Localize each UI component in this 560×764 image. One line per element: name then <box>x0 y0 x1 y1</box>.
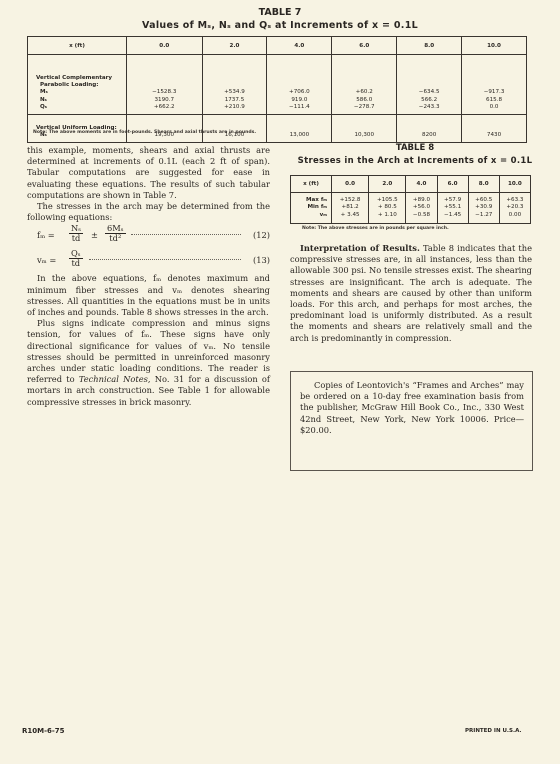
table8-cell: +60.5+30.9−1.27 <box>468 193 499 224</box>
row-label: Qₛ <box>36 104 126 111</box>
table7-header-row: x (ft) 0.0 2.0 4.0 6.0 8.0 10.0 <box>28 37 527 55</box>
table8-row-labels: Max fₘMin fₘvₘ <box>291 193 332 224</box>
table8-cell: +89.0+56.0−0.58 <box>406 193 437 224</box>
fraction: Qₛtd <box>69 249 83 268</box>
table8-header-cell: 2.0 <box>369 176 406 193</box>
table7-group-label: Vertical Uniform Loading: Nₛ <box>28 115 127 143</box>
table7-group-label: Vertical Complementary Parabolic Loading… <box>28 55 127 115</box>
paragraph: this example, moments, shears and axial … <box>27 145 270 201</box>
table8-header-cell: 10.0 <box>499 176 530 193</box>
table8-header-cell: x (ft) <box>291 176 332 193</box>
table8-cell: +57.9+55.1−1.45 <box>437 193 468 224</box>
table7-cell: 8200 <box>397 115 462 143</box>
group-label-line2: Parabolic Loading: <box>36 82 126 89</box>
equation-12: fₘ = Nₛtd ± 6Mₛtd² (12) <box>27 223 270 248</box>
leader-dots <box>89 256 241 260</box>
table8-cell: +63.3+20.30.00 <box>499 193 530 224</box>
table8-header-row: x (ft) 0.0 2.0 4.0 6.0 8.0 10.0 <box>291 176 531 193</box>
table7-header-cell: 6.0 <box>332 37 397 55</box>
left-column: this example, moments, shears and axial … <box>27 145 270 408</box>
table8-cell: +152.8+81.2+ 3.45 <box>332 193 369 224</box>
technical-notes-title: Technical Notes <box>79 374 148 384</box>
table7-note: Note: The above moments are in foot-poun… <box>33 130 256 135</box>
section-heading: Interpretation of Results. <box>300 243 420 253</box>
table7-header-cell: 10.0 <box>462 37 527 55</box>
right-column: Interpretation of Results. Table 8 indic… <box>290 243 532 344</box>
equation-lhs: fₘ = <box>37 230 55 241</box>
table8-header-cell: 4.0 <box>406 176 437 193</box>
fraction: 6Mₛtd² <box>105 224 126 243</box>
table7-row-uniform: Vertical Uniform Loading: Nₛ 19,300 16,1… <box>28 115 527 143</box>
table7-cell: +534.91737.5+210.9 <box>202 55 267 115</box>
table8-header-cell: 8.0 <box>468 176 499 193</box>
table8-header-cell: 6.0 <box>437 176 468 193</box>
equation-number: (13) <box>253 255 270 266</box>
table8-subtitle: Stresses in the Arch at Increments of x … <box>285 156 545 166</box>
fraction: Nₛtd <box>69 224 83 243</box>
table7-subtitle: Values of Mₛ, Nₛ and Qₛ at Increments of… <box>0 20 560 31</box>
footer-code: R10M-6-75 <box>22 727 65 735</box>
table7-cell: −917.3615.80.0 <box>462 55 527 115</box>
table7-cell: 7430 <box>462 115 527 143</box>
paragraph: In the above equations, fₘ denotes maxim… <box>27 273 270 318</box>
table7-cell: 19,300 <box>127 115 203 143</box>
table7-row-complementary: Vertical Complementary Parabolic Loading… <box>28 55 527 115</box>
book-offer-text: Copies of Leontovich's “Frames and Arche… <box>300 380 524 436</box>
leader-dots <box>131 231 241 235</box>
table7-cell: 16,100 <box>202 115 267 143</box>
table8-title: TABLE 8 <box>285 143 545 153</box>
table7-header-cell: 0.0 <box>127 37 203 55</box>
table8-cell: +105.5+ 80.5+ 1.10 <box>369 193 406 224</box>
group-label-line1: Vertical Complementary <box>36 75 126 82</box>
table7-cell: 13,000 <box>267 115 332 143</box>
table7-header-cell: 2.0 <box>202 37 267 55</box>
table7: x (ft) 0.0 2.0 4.0 6.0 8.0 10.0 Vertical… <box>27 36 527 143</box>
table8: x (ft) 0.0 2.0 4.0 6.0 8.0 10.0 Max fₘMi… <box>290 175 531 224</box>
table7-title: TABLE 7 <box>0 7 560 18</box>
table8-note: Note: The above stresses are in pounds p… <box>302 226 449 231</box>
table7-header-cell: x (ft) <box>28 37 127 55</box>
table8-header-cell: 0.0 <box>332 176 369 193</box>
paragraph: Plus signs indicate compression and minu… <box>27 318 270 408</box>
equation-lhs: vₘ = <box>37 255 56 266</box>
table7-cell: 10,300 <box>332 115 397 143</box>
book-offer-box: Copies of Leontovich's “Frames and Arche… <box>290 371 533 471</box>
footer-printed: PRINTED IN U.S.A. <box>465 728 522 734</box>
equation-number: (12) <box>253 230 270 241</box>
table7-cell: +60.2586.0−278.7 <box>332 55 397 115</box>
paragraph: Interpretation of Results. Table 8 indic… <box>290 243 532 344</box>
row-label: Nₛ <box>36 97 126 104</box>
table7-cell: −634.5566.2−243.3 <box>397 55 462 115</box>
table7-cell: −1528.33190.7+662.2 <box>127 55 203 115</box>
equation-13: vₘ = Qₛtd (13) <box>27 248 270 273</box>
paragraph: The stresses in the arch may be determin… <box>27 201 270 223</box>
table7-header-cell: 8.0 <box>397 37 462 55</box>
table7-cell: +706.0919.0−111.4 <box>267 55 332 115</box>
table8-row-stresses: Max fₘMin fₘvₘ +152.8+81.2+ 3.45 +105.5+… <box>291 193 531 224</box>
row-label: Mₛ <box>36 89 126 96</box>
plus-minus-operator: ± <box>91 230 98 241</box>
table7-header-cell: 4.0 <box>267 37 332 55</box>
